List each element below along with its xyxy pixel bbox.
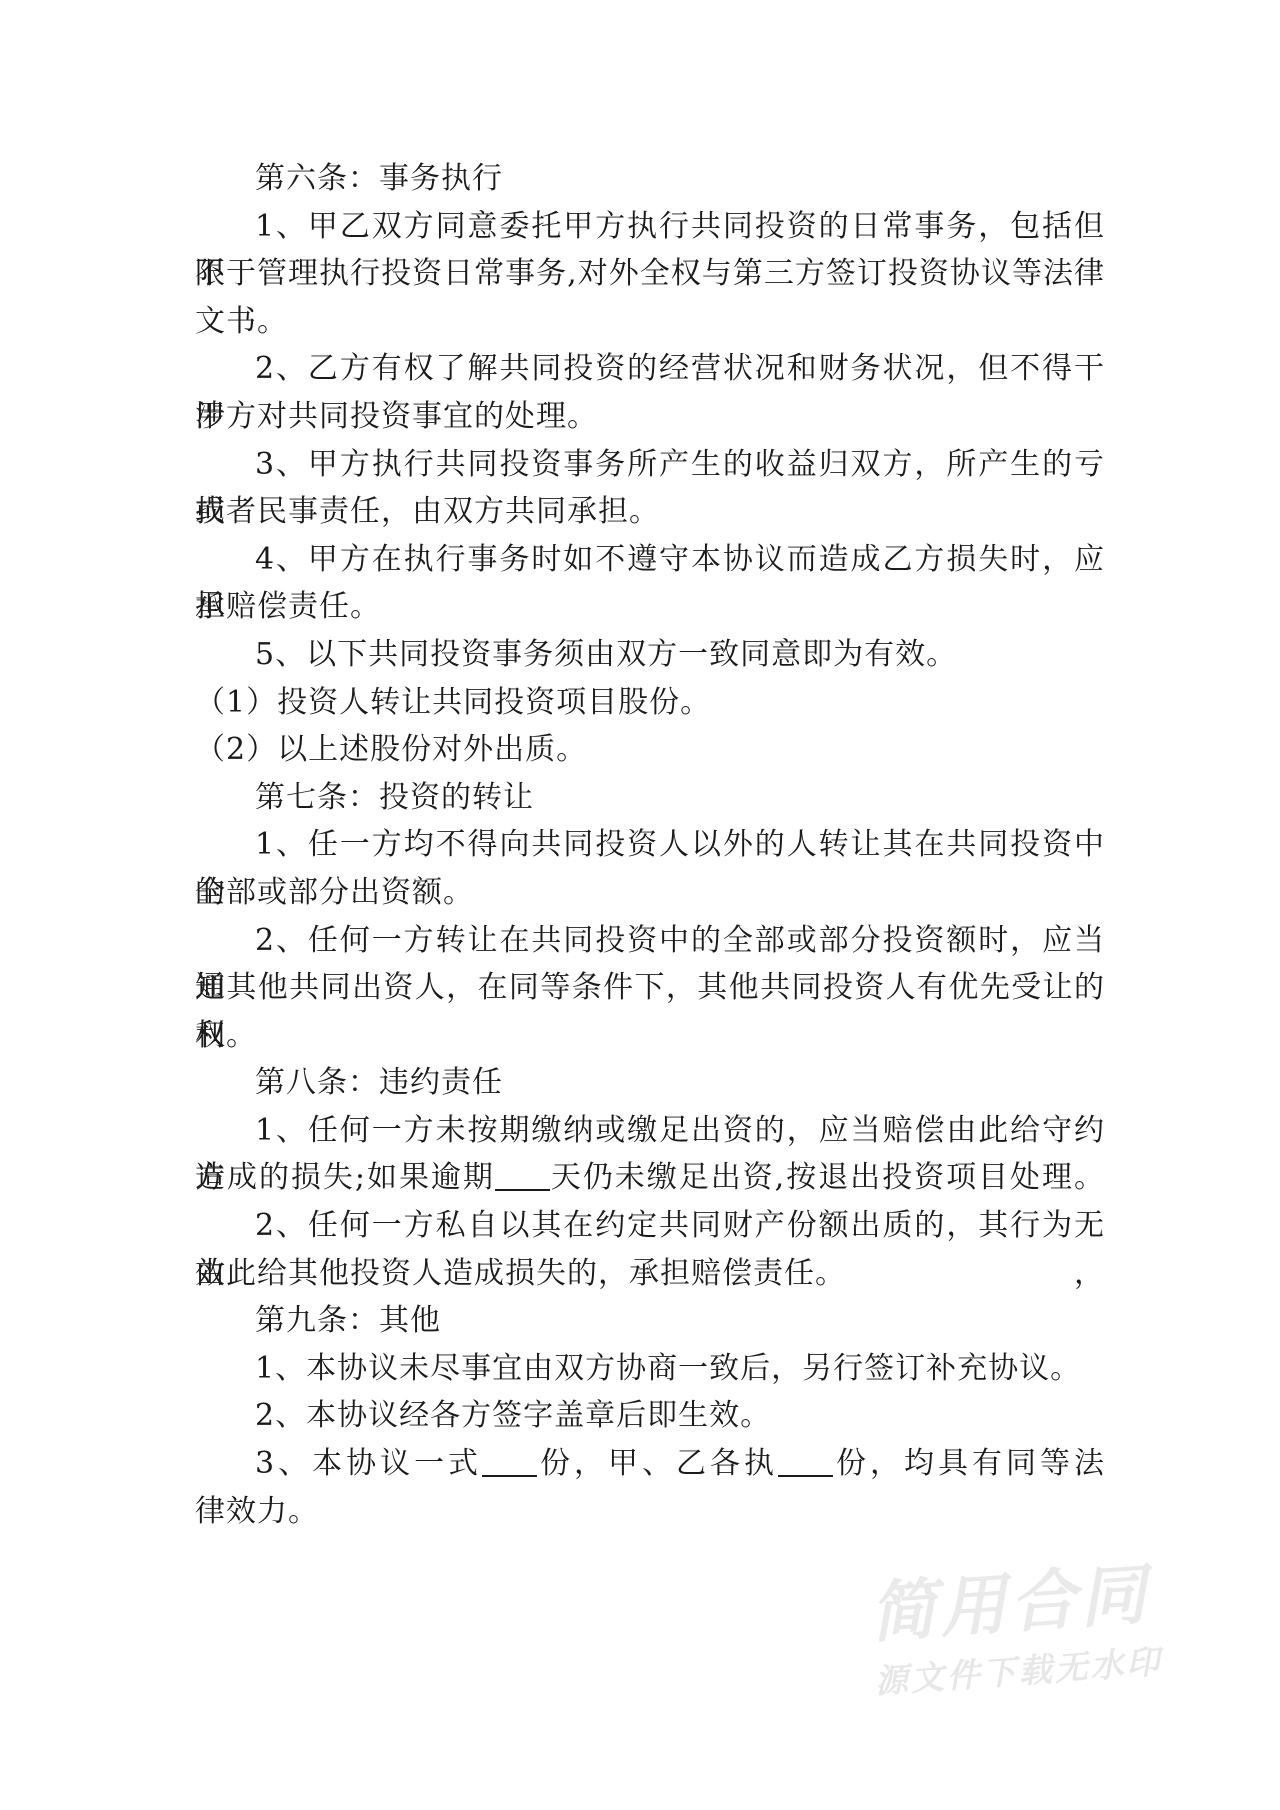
document-list-item: （1）投资人转让共同投资项目股份。: [195, 679, 1105, 727]
fill-in-blank-underline: [778, 1445, 833, 1477]
document-line: 造成的损失;如果逾期天仍未缴足出资,按退出投资项目处理。: [195, 1154, 1105, 1202]
fill-in-blank-underline: [495, 1159, 550, 1191]
document-line: 或者民事责任，由双方共同承担。: [195, 488, 1105, 536]
heading-article-8: 第八条：违约责任: [195, 1059, 1105, 1107]
heading-article-9: 第九条：其他: [195, 1297, 1105, 1345]
heading-article-7: 第七条：投资的转让: [195, 774, 1105, 822]
document-line: 担赔偿责任。: [195, 583, 1105, 631]
document-line: 律效力。: [195, 1488, 1105, 1536]
document-line: 全部或部分出资额。: [195, 869, 1105, 917]
watermark-subtitle: 源文件下载无水印: [874, 1644, 1164, 1700]
document-line: 1、本协议未尽事宜由双方协商一致后，另行签订补充协议。: [195, 1345, 1105, 1393]
document-line: 2、任何一方私自以其在约定共同财产份额出质的，其行为无效，: [195, 1202, 1105, 1250]
document-line: 1、任何一方未按期缴纳或缴足出资的，应当赔偿由此给守约方: [195, 1107, 1105, 1155]
document-line: 知其他共同出资人，在同等条件下，其他共同投资人有优先受让的权: [195, 964, 1105, 1012]
watermark-title: 简用合同: [868, 1558, 1160, 1650]
document-line: 文书。: [195, 298, 1105, 346]
document-line: 3、本协议一式份，甲、乙各执份，均具有同等法: [195, 1440, 1105, 1488]
document-line: 1、任一方均不得向共同投资人以外的人转让其在共同投资中的: [195, 821, 1105, 869]
document-line: 2、本协议经各方签字盖章后即生效。: [195, 1392, 1105, 1440]
document-line: 利。: [195, 1012, 1105, 1060]
line-text: 造成的损失;如果逾期: [195, 1160, 495, 1195]
line-text: 份，甲、乙各执: [537, 1446, 778, 1481]
heading-article-6: 第六条：事务执行: [195, 155, 1105, 203]
document-line: 2、乙方有权了解共同投资的经营状况和财务状况，但不得干涉: [195, 345, 1105, 393]
watermark: 简用合同 源文件下载无水印: [868, 1558, 1164, 1700]
line-text: 份，均具有同等法: [833, 1446, 1105, 1481]
document-line: 4、甲方在执行事务时如不遵守本协议而造成乙方损失时，应承: [195, 536, 1105, 584]
line-text: 3、本协议一式: [255, 1446, 482, 1481]
document-line: 1、甲乙双方同意委托甲方执行共同投资的日常事务，包括但不: [195, 203, 1105, 251]
document-line: 2、任何一方转让在共同投资中的全部或部分投资额时，应当通: [195, 917, 1105, 965]
document-line: 3、甲方执行共同投资事务所产生的收益归双方，所产生的亏损: [195, 441, 1105, 489]
document-line: 甲方对共同投资事宜的处理。: [195, 393, 1105, 441]
line-text: 天仍未缴足出资,按退出投资项目处理。: [550, 1160, 1105, 1195]
fill-in-blank-underline: [482, 1445, 537, 1477]
document-line: 限于管理执行投资日常事务,对外全权与第三方签订投资协议等法律: [195, 250, 1105, 298]
document-page: 第六条：事务执行 1、甲乙双方同意委托甲方执行共同投资的日常事务，包括但不 限于…: [0, 0, 1280, 1535]
document-list-item: （2）以上述股份对外出质。: [195, 726, 1105, 774]
document-line: 5、以下共同投资事务须由双方一致同意即为有效。: [195, 631, 1105, 679]
